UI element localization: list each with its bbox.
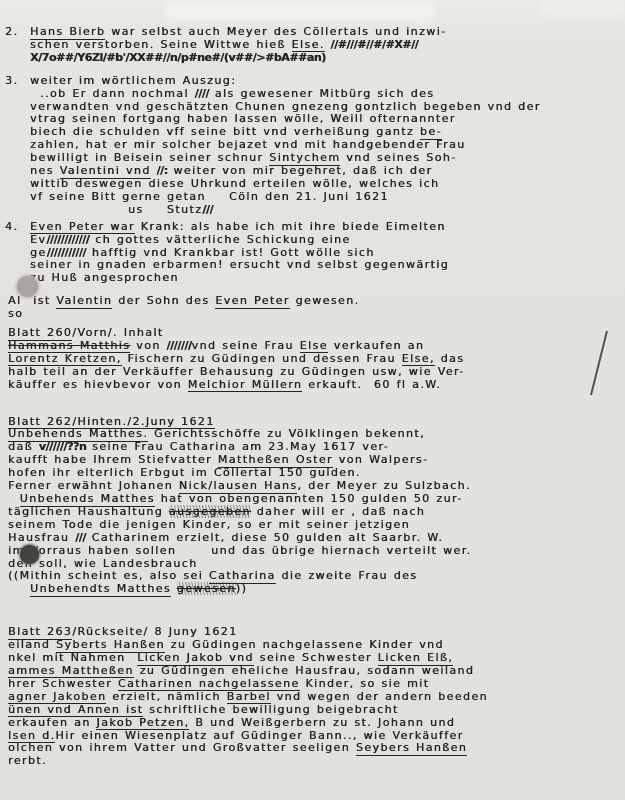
text-segment: seiner in gnaden erbarmen! ersucht vnd s… bbox=[30, 258, 449, 271]
text-segment: Hir einen Wiesenplatz auf Güdinger Bann.… bbox=[55, 729, 463, 742]
document-line: Blatt 260/Vorn/. Inhalt bbox=[0, 327, 618, 340]
text-segment: vtrag seinen fortgang haben lassen wölle… bbox=[30, 112, 456, 125]
text-segment: seine Schwester bbox=[254, 651, 378, 664]
scan-light-patch bbox=[165, 0, 435, 22]
text-segment: vnd seine Frau bbox=[192, 339, 300, 352]
document-line: X/7o##/Y6Zl/#b'/XX##//n/p#ne#/(v##/>#bA#… bbox=[0, 52, 618, 65]
text-segment: zu Güdingen nachgelassene Kinder vnd bbox=[165, 638, 444, 651]
text-segment: )) bbox=[236, 582, 247, 595]
document-line: vf seine Bitt gerne getan Cöln den 21. J… bbox=[0, 191, 618, 204]
punch-hole-mark-dark bbox=[20, 545, 39, 564]
redacted-text-segment: X/7o##/Y6Zl/#b'/XX##//n/p#ne#/(v##/>#bA#… bbox=[30, 51, 326, 64]
text-segment: war selbst auch Meyer des Cöllertals und… bbox=[105, 25, 446, 38]
text-segment: bewilligt in Beisein seiner schnur bbox=[30, 151, 269, 164]
text-segment: halb teil an der Verkäuffer Behausung zu… bbox=[8, 365, 465, 378]
text-segment: Hausfrau bbox=[8, 531, 75, 544]
document-line: käuffer es hievbevor von Melchior Müller… bbox=[0, 379, 618, 392]
redacted-text-segment: //: bbox=[156, 164, 167, 177]
document-line: us Stutz/// bbox=[0, 204, 618, 217]
text-segment: so bbox=[8, 307, 23, 320]
text-segment: von Walpers- bbox=[333, 453, 429, 466]
text-segment: käuffer es hievbevor von bbox=[8, 378, 188, 391]
redacted-text-segment: /// bbox=[75, 531, 86, 544]
text-segment: kaufft habe Ihrem Stiefvatter bbox=[8, 453, 218, 466]
text-segment: seinem Tode die jenigen Kinder, so er mi… bbox=[8, 518, 410, 531]
text-segment: täglichen Haushaltung bbox=[8, 505, 169, 518]
text-segment: seine Frau Catharina am 23.May 1617 ver- bbox=[86, 440, 389, 453]
text-segment: us Stutz bbox=[128, 203, 202, 216]
text-segment: daß bbox=[8, 440, 39, 453]
document-line: olchen von ihrem Vatter und Großvatter s… bbox=[0, 742, 618, 755]
text-segment: Seybers Hanßen bbox=[356, 741, 467, 756]
redacted-text-segment: /////// bbox=[166, 339, 191, 352]
text-segment: nkel mit Nahmen bbox=[8, 651, 137, 664]
text-segment: vnd wegen der andern beeden bbox=[271, 690, 488, 703]
text-segment: zu Huß angesprochen bbox=[30, 271, 179, 284]
text-segment: hofen ihr elterlich Erbgut im Cöllertal … bbox=[8, 466, 361, 479]
text-segment: ausgegeben bbox=[169, 505, 251, 518]
text-segment: eiland bbox=[8, 638, 56, 651]
text-segment: erkaufen an bbox=[8, 716, 96, 729]
redacted-text-segment: //////////// bbox=[46, 233, 89, 246]
item-number: 3. bbox=[5, 75, 18, 88]
text-segment: schen verstorben. Seine Wittwe hieß bbox=[30, 38, 292, 51]
text-segment: vnd seines Soh- bbox=[340, 151, 456, 164]
text-segment: der Sohn des bbox=[112, 294, 215, 307]
text-segment: schriftliche bewilligung beigebracht bbox=[143, 703, 398, 716]
scan-light-patch-corner bbox=[540, 0, 625, 16]
text-segment: Ev bbox=[30, 233, 46, 246]
text-segment: hat von obengenannten 150 gulden 50 zur- bbox=[155, 492, 463, 505]
text-segment: die zweite Frau des bbox=[276, 569, 418, 582]
text-segment: von bbox=[130, 339, 166, 352]
text-segment: daher will er , daß nach bbox=[251, 505, 425, 518]
text-segment: Gerichtsschöffe zu Völklingen bekennt, bbox=[148, 427, 425, 440]
text-segment: nes bbox=[30, 164, 60, 177]
text-segment: verwandten vnd geschätzten Chunen gnezen… bbox=[30, 100, 541, 113]
text-segment: Fischern zu Güdingen und dessen Frau bbox=[122, 352, 402, 365]
text-segment: das bbox=[435, 352, 465, 365]
text-segment: gewesen. bbox=[290, 294, 360, 307]
item-number: 4. bbox=[5, 221, 18, 234]
text-segment: , der Meyer zu Sulzbach. bbox=[297, 479, 470, 492]
scanned-document-page: { "colors": { "paper": "#e6e4e0", "ink":… bbox=[0, 0, 625, 800]
document-line: Al ist Valentin der Sohn des Even Peter … bbox=[0, 295, 618, 308]
text-segment: ch gottes vätterliche Schickung eine bbox=[89, 233, 350, 246]
text-segment: als gewesener Mitbürg sich des bbox=[209, 87, 434, 100]
text-segment: zahlen, hat er mir solcher bejazet vnd m… bbox=[30, 138, 466, 151]
redacted-text-segment: //#///#//#/#X#// bbox=[331, 38, 419, 51]
redacted-text-segment: //// bbox=[195, 87, 209, 100]
text-segment: ge bbox=[30, 246, 47, 259]
redacted-text-segment: /////////// bbox=[47, 246, 86, 259]
text-segment: vf seine Bitt gerne getan Cöln den 21. J… bbox=[30, 190, 389, 203]
text-segment: im Vorraus haben sollen und das übrige h… bbox=[8, 544, 471, 557]
text-segment: Unbehendts Matthes bbox=[30, 582, 171, 597]
punch-hole-mark-gray bbox=[17, 276, 38, 297]
text-segment: Al ist bbox=[8, 294, 56, 307]
text-segment bbox=[171, 582, 177, 595]
text-segment: ..ob Er dann nochmal bbox=[40, 87, 195, 100]
text-segment: B und Weißgerbern zu st. Johann und bbox=[189, 716, 455, 729]
document-line: Unbehendts Matthes gewesen)) bbox=[0, 583, 618, 596]
text-segment: erkauft. 60 fl a.W. bbox=[302, 378, 441, 391]
text-segment: gewesen bbox=[177, 582, 236, 595]
document-content: 2.Hans Bierb war selbst auch Meyer des C… bbox=[0, 26, 618, 768]
text-segment bbox=[8, 492, 20, 505]
text-segment: Even Peter bbox=[215, 294, 290, 309]
text-segment: hrer Schwester bbox=[8, 677, 118, 690]
text-segment: rerbt. bbox=[8, 754, 47, 767]
text-segment: /Vorn/. Inhalt bbox=[72, 326, 163, 339]
text-segment: Krank: als habe ich mit ihre biede Eimel… bbox=[135, 220, 446, 233]
text-segment: verkaufen an bbox=[328, 339, 424, 352]
redacted-text-segment: /// bbox=[202, 203, 213, 216]
text-segment: ((Mithin scheint es, also sei bbox=[8, 569, 209, 582]
document-line: rerbt. bbox=[0, 755, 618, 768]
item-number: 2. bbox=[5, 26, 18, 39]
text-segment: erzielt, nämlich bbox=[106, 690, 226, 703]
document-line: so bbox=[0, 308, 618, 321]
text-segment: hafftig vnd Krankbar ist! Gott wölle sic… bbox=[86, 246, 375, 259]
document-line: zu Huß angesprochen bbox=[0, 272, 618, 285]
text-segment: /Rückseite/ 8 Juny 1621 bbox=[72, 625, 237, 638]
text-segment: Melchior Müllern bbox=[188, 378, 303, 393]
text-segment: olchen von ihrem Vatter und Großvatter s… bbox=[8, 741, 356, 754]
text-segment: Valentin bbox=[56, 294, 112, 309]
text-segment: Ferner erwähnt Johanen bbox=[8, 479, 179, 492]
text-segment: zu Güdingen eheliche Hausfrau, sodann we… bbox=[134, 664, 474, 677]
text-segment: Hammans Matthis bbox=[8, 339, 130, 353]
text-segment: weiter im wörtlichem Auszug: bbox=[30, 74, 236, 87]
text-segment: Catharinem erzielt, diese 50 gulden alt … bbox=[86, 531, 443, 544]
redacted-text-segment: v//////??n bbox=[39, 440, 86, 453]
text-segment: wittib deswegen diese Uhrkund erteilen w… bbox=[30, 177, 439, 190]
text-segment: biech die schulden vff seine bitt vnd ve… bbox=[30, 125, 420, 138]
text-segment: weiter von mir begehret, daß ich der bbox=[168, 164, 433, 177]
text-segment: Kinder, so sie mit bbox=[300, 677, 430, 690]
